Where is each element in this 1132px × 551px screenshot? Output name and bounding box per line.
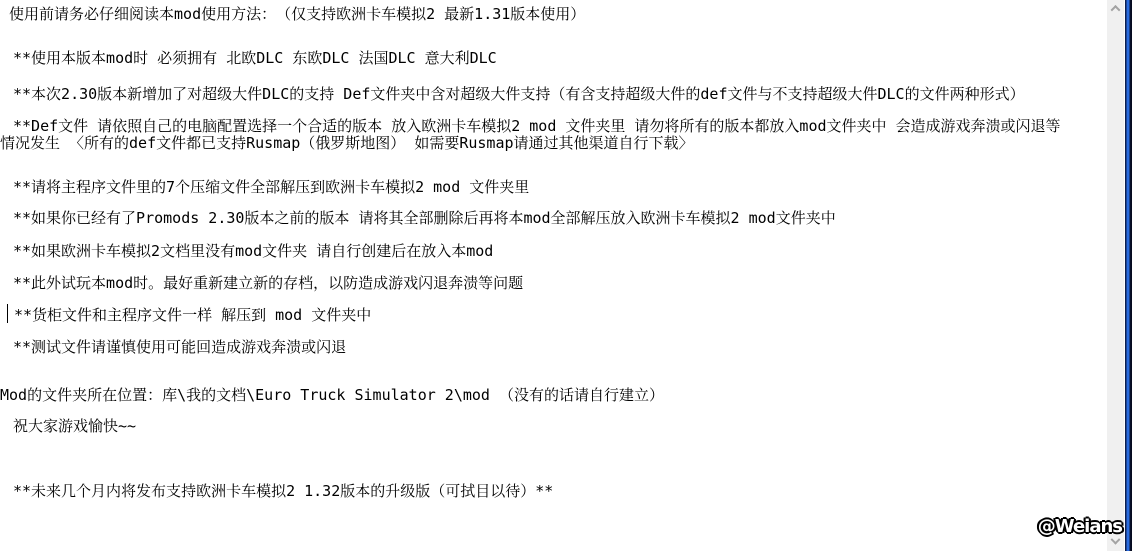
notepad-window: 使用前请务必仔细阅读本mod使用方法： （仅支持欧洲卡车模拟2 最新1.31版本… — [0, 0, 1132, 551]
text-line: **使用本版本mod时 必须拥有 北欧DLC 东欧DLC 法国DLC 意大利DL… — [13, 50, 497, 67]
window-border — [1124, 0, 1132, 551]
text-line: Mod的文件夹所在位置：库\我的文档\Euro Truck Simulator … — [0, 387, 664, 404]
text-line: **未来几个月内将发布支持欧洲卡车模拟2 1.32版本的升级版（可拭目以待）** — [13, 483, 553, 500]
text-line: **此外试玩本mod时。最好重新建立新的存档，以防造成游戏闪退奔溃等问题 — [13, 275, 523, 292]
text-caret — [7, 304, 8, 323]
text-line: **本次2.30版本新增加了对超级大件DLC的支持 Def文件夹中含对超级大件支… — [13, 86, 1025, 103]
vertical-scrollbar[interactable] — [1107, 0, 1124, 551]
text-line: 使用前请务必仔细阅读本mod使用方法： （仅支持欧洲卡车模拟2 最新1.31版本… — [9, 6, 585, 23]
text-line: **如果欧洲卡车模拟2文档里没有mod文件夹 请自行创建后在放入本mod — [13, 243, 493, 260]
text-editor-area[interactable]: 使用前请务必仔细阅读本mod使用方法： （仅支持欧洲卡车模拟2 最新1.31版本… — [0, 0, 1107, 551]
text-line: **货柜文件和主程序文件一样 解压到 mod 文件夹中 — [14, 307, 371, 324]
chevron-up-icon — [1111, 5, 1121, 15]
text-line: 祝大家游戏愉快~~ — [13, 418, 136, 435]
text-line: **如果你已经有了Promods 2.30版本之前的版本 请将其全部删除后再将本… — [13, 210, 836, 227]
text-line: **Def文件 请依照自己的电脑配置选择一个合适的版本 放入欧洲卡车模拟2 mo… — [13, 118, 1061, 135]
scroll-up-button[interactable] — [1107, 0, 1124, 17]
text-line: 情况发生 〈所有的def文件都已支持Rusmap（俄罗斯地图） 如需要Rusma… — [0, 135, 694, 152]
text-line: **测试文件请谨慎使用可能回造成游戏奔溃或闪退 — [13, 339, 346, 356]
watermark: @Weians — [1036, 516, 1122, 537]
text-line: **请将主程序文件里的7个压缩文件全部解压到欧洲卡车模拟2 mod 文件夹里 — [13, 179, 529, 196]
